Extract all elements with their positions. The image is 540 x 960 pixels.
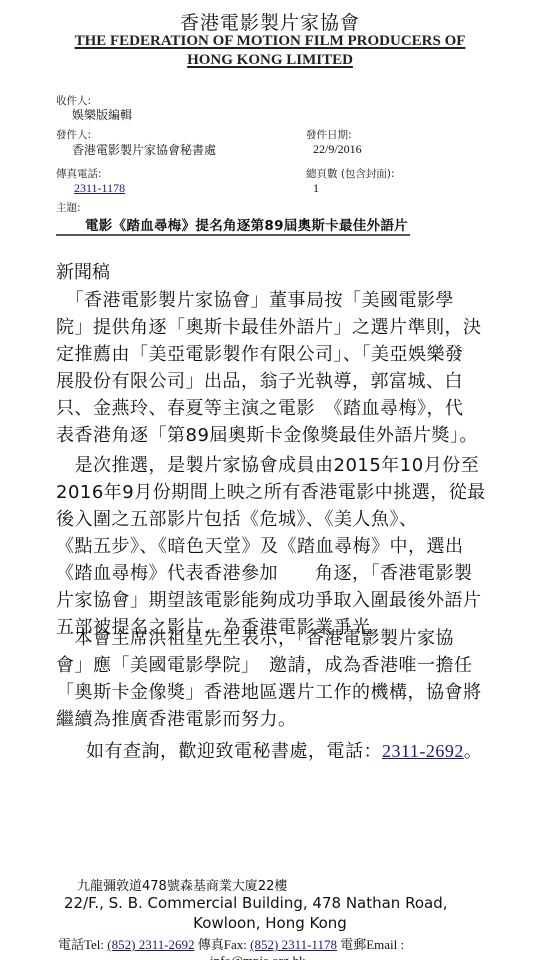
date-value: 22/9/2016 — [313, 142, 362, 157]
fax-link[interactable]: (852) 2311-1178 — [250, 937, 337, 952]
paragraph-3: 本會主席洪祖星先生表示，「香港電影製片家協 會」應「美國電影學院」 邀請，成為香… — [56, 625, 496, 733]
contact-line: 電話Tel: (852) 2311-2692 傳真Fax: (852) 2311… — [58, 934, 404, 953]
recipient-value: 娛樂版編輯 — [72, 106, 132, 123]
address-en-line1: 22/F., S. B. Commercial Building, 478 Na… — [64, 894, 448, 912]
tel-link[interactable]: (852) 2311-2692 — [107, 937, 194, 952]
paragraph-line: 會」應「美國電影學院」 邀請，成為香港唯一擔任 — [56, 652, 496, 679]
paragraph-line: 是次推選，是製片家協會成員由2015年10月份至 — [56, 452, 496, 479]
address-zh: 九龍彌敦道478號森基商業大廈22樓 — [77, 875, 287, 894]
paragraph-2: 是次推選，是製片家協會成員由2015年10月份至 2016年9月份期間上映之所有… — [56, 452, 496, 641]
total-pages-label: 總頁數 (包含封面): — [306, 166, 395, 181]
paragraph-line: 後入圍之五部影片包括《危城》、《美人魚》、 — [56, 506, 496, 533]
paragraph-line: 院」提供角逐「奧斯卡最佳外語片」之選片準則，決 — [56, 314, 496, 341]
paragraph-line: 《點五步》、《暗色天堂》及《踏血尋梅》中，選出 — [56, 533, 496, 560]
total-pages-value: 1 — [313, 181, 319, 196]
paragraph-1: 「香港電影製片家協會」董事局按「美國電影學 院」提供角逐「奧斯卡最佳外語片」之選… — [56, 287, 496, 449]
enquiry-line: 如有查詢，歡迎致電秘書處，電話：2311-2692。 — [86, 737, 482, 763]
enquiry-text: 如有查詢，歡迎致電秘書處，電話： — [86, 741, 382, 762]
paragraph-line: 2016年9月份期間上映之所有香港電影中挑選，從最 — [56, 479, 496, 506]
paragraph-line: 「奧斯卡金像獎」香港地區選片工作的機構，協會將 — [56, 679, 496, 706]
paragraph-line: 只、金燕玲、春夏等主演之電影 《踏血尋梅》，代 — [56, 395, 496, 422]
subject-label: 主題: — [56, 200, 81, 215]
org-name-zh: 香港電影製片家協會 — [0, 8, 540, 35]
paragraph-line: 定推薦由「美亞電影製作有限公司」、「美亞娛樂發 — [56, 341, 496, 368]
paragraph-line: 展股份有限公司」出品，翁子光執導，郭富城、白 — [56, 368, 496, 395]
sender-label: 發件人: — [56, 127, 91, 142]
enquiry-phone-link[interactable]: 2311-2692 — [382, 741, 464, 761]
tel-label: 電話Tel: — [58, 937, 107, 952]
fax-number-label: 傳真電話: — [56, 166, 102, 181]
fax-label: 傳真Fax: — [195, 937, 251, 952]
paragraph-line: 本會主席洪祖星先生表示，「香港電影製片家協 — [56, 625, 496, 652]
subject-value: 電影《踏血尋梅》提名角逐第89屆奧斯卡最佳外語片 — [85, 214, 408, 234]
email-label: 電郵Email : — [337, 937, 404, 952]
sender-value: 香港電影製片家協會秘書處 — [72, 141, 216, 158]
date-label: 發件日期: — [306, 127, 352, 142]
org-name-en-line2: HONG KONG LIMITED — [0, 52, 540, 69]
org-name-en-line1: THE FEDERATION OF MOTION FILM PRODUCERS … — [0, 33, 540, 50]
fax-number-link[interactable]: 2311-1178 — [74, 181, 125, 196]
paragraph-line: 表香港角逐「第89屆奧斯卡金像獎最佳外語片獎」。 — [56, 422, 496, 449]
subject-divider — [56, 234, 410, 236]
paragraph-line: 繼續為推廣香港電影而努力。 — [56, 706, 496, 733]
enquiry-suffix: 。 — [464, 741, 483, 762]
press-release-heading: 新聞稿 — [56, 258, 110, 284]
paragraph-line: 「香港電影製片家協會」董事局按「美國電影學 — [56, 287, 496, 314]
paragraph-line: 《踏血尋梅》代表香港參加 角逐，「香港電影製 — [56, 560, 496, 587]
address-en-line2: Kowloon, Hong Kong — [0, 914, 540, 932]
paragraph-line: 片家協會」期望該電影能夠成功爭取入圍最後外語片 — [56, 587, 496, 614]
email-link-cutoff[interactable]: info@mpia.org.hk — [210, 953, 360, 960]
